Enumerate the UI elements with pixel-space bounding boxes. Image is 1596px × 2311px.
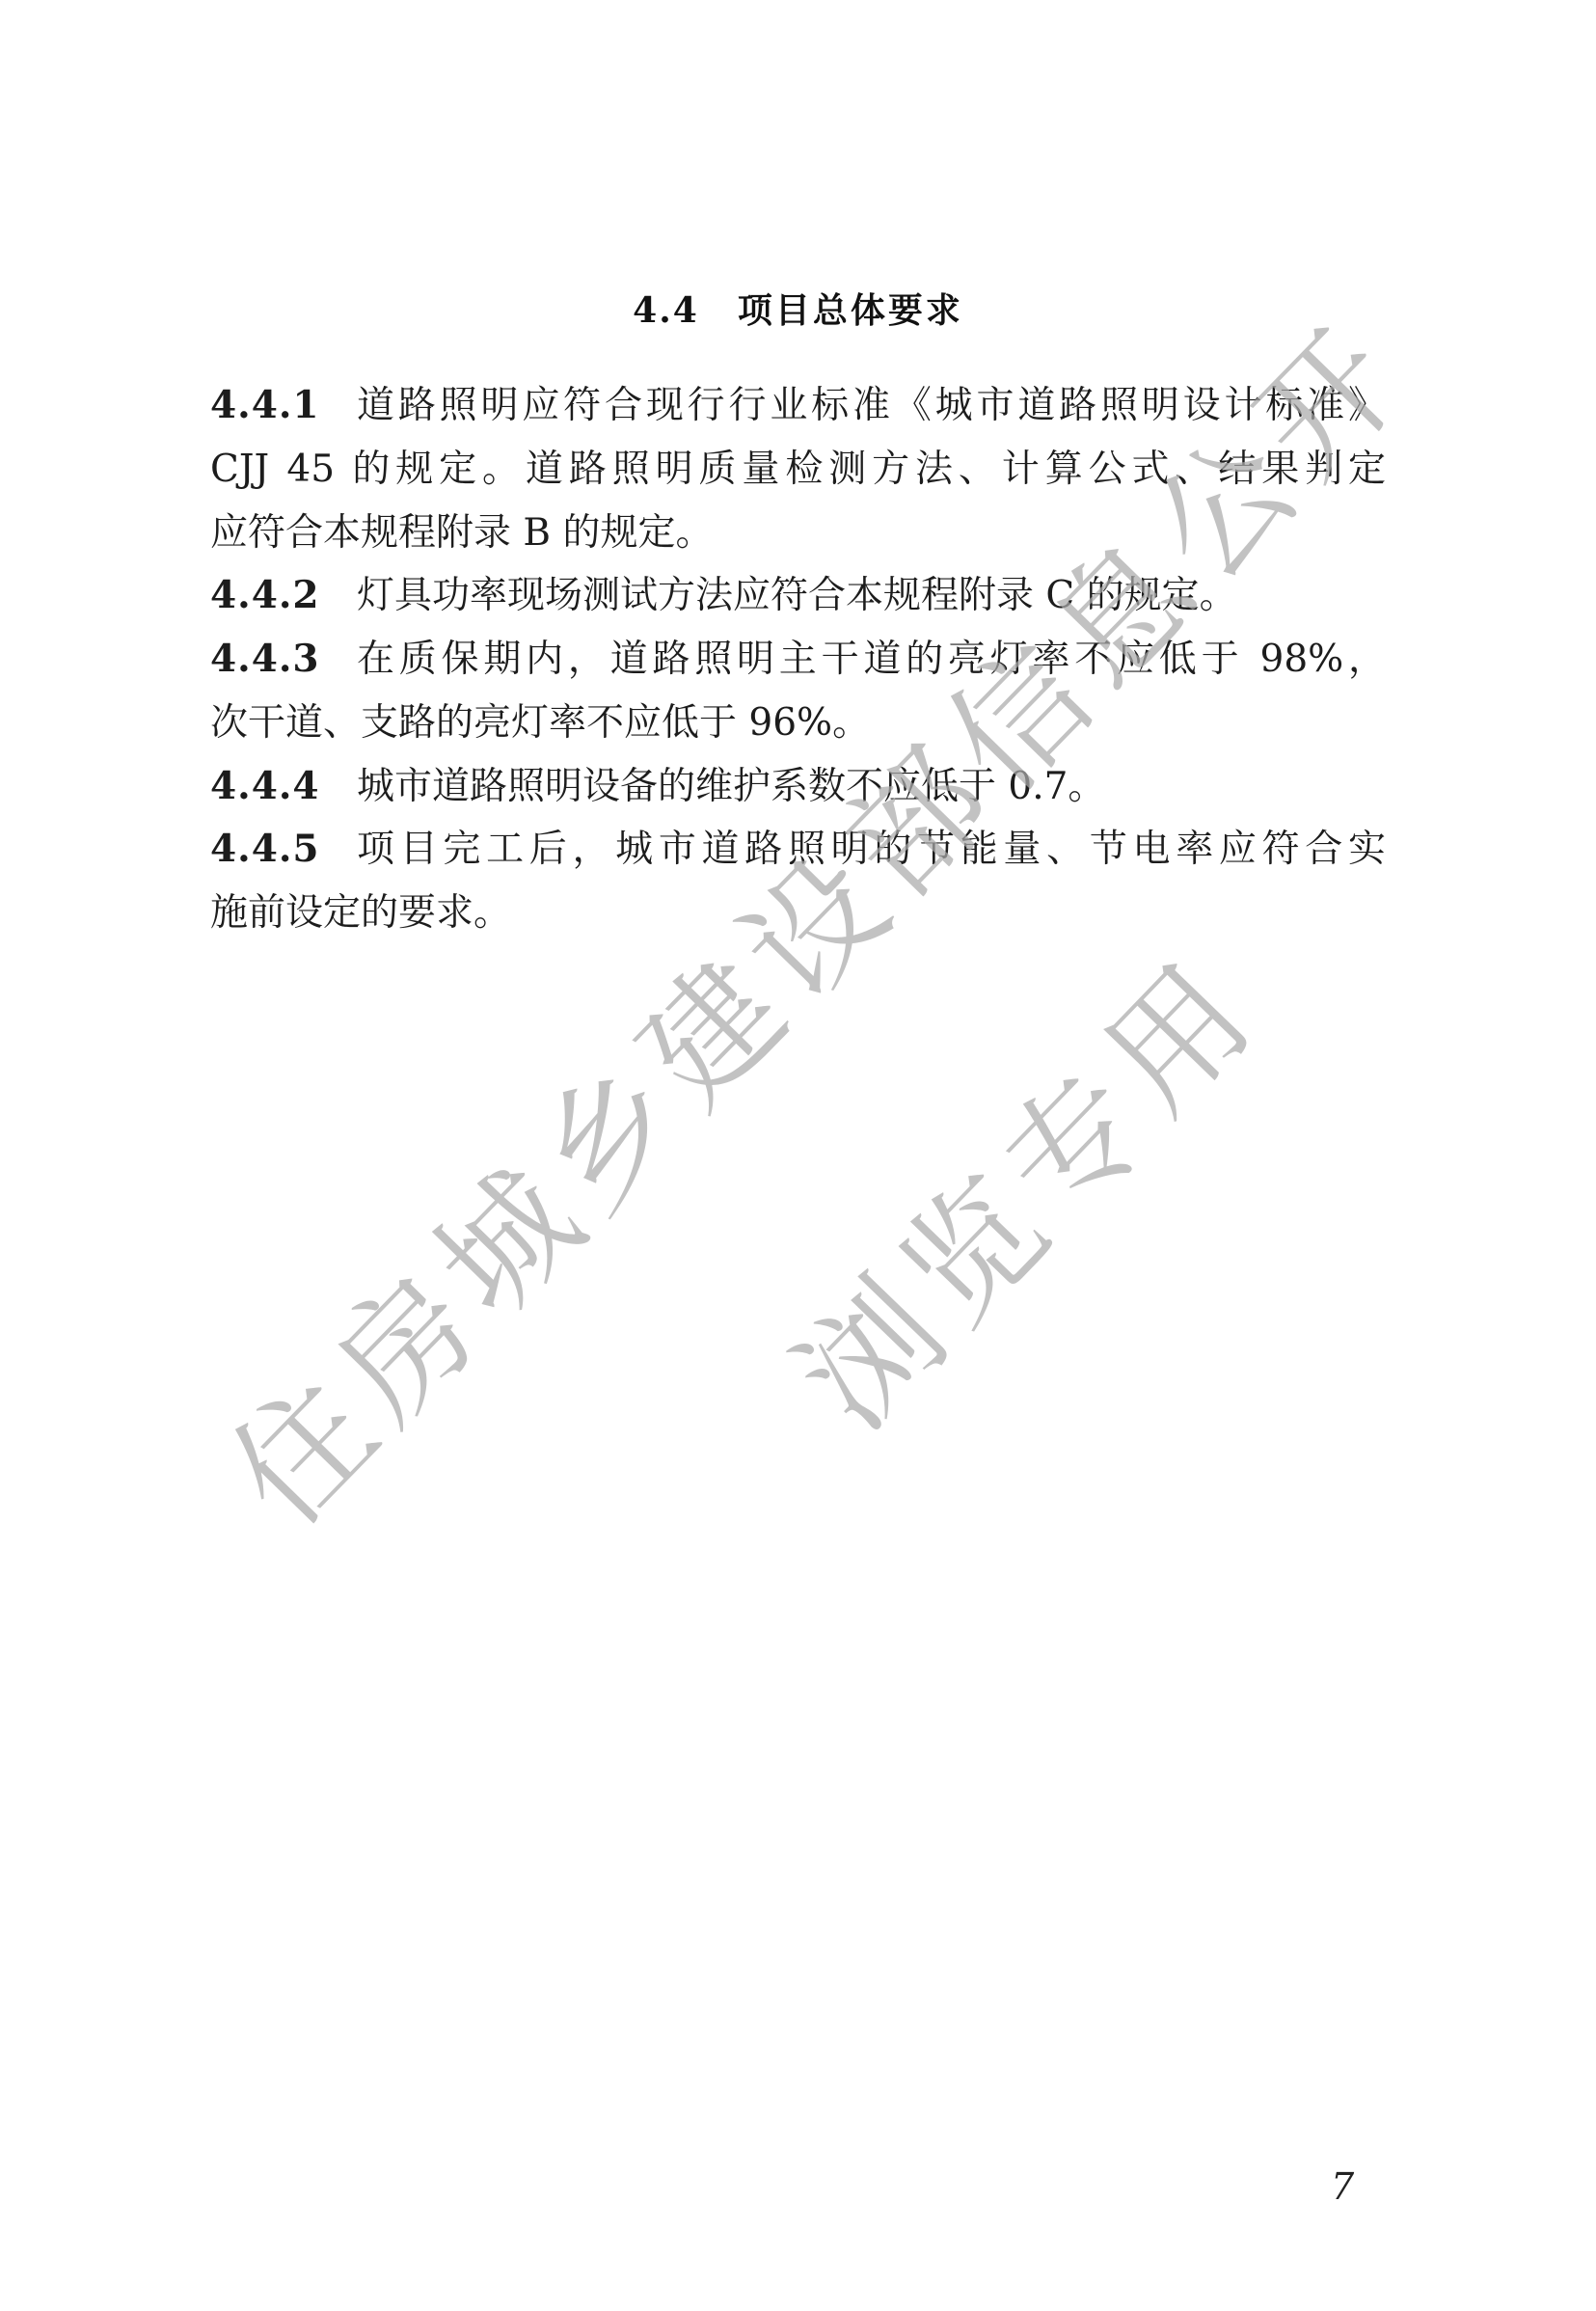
section-number: 4.4 [633,290,699,331]
section-body: 4.4.1 道路照明应符合现行行业标准《城市道路照明设计标准》 CJJ 45 的… [210,374,1386,945]
clause-text-line: 灯具功率现场测试方法应符合本规程附录 C 的规定。 [357,564,1237,628]
clause-text-line: CJJ 45 的规定。道路照明质量检测方法、计算公式、结果判定 [210,438,1386,502]
clause-text-line: 应符合本规程附录 B 的规定。 [210,502,1386,565]
clause-text-line: 城市道路照明设备的维护系数不应低于 0.7。 [357,755,1105,819]
clause-4-4-2: 4.4.2灯具功率现场测试方法应符合本规程附录 C 的规定。 [210,564,1386,628]
section-title: 项目总体要求 [738,291,963,331]
page-number: 7 [1331,2164,1354,2209]
clause-4-4-3: 4.4.3 在质保期内，道路照明主干道的亮灯率不应低于 98%， [210,628,1386,692]
clause-label: 4.4.2 [210,564,357,628]
clause-text-line: 道路照明应符合现行行业标准《城市道路照明设计标准》 [357,374,1386,438]
watermark-line-2: 浏览专用 [774,932,1285,1455]
clause-text-line: 次干道、支路的亮灯率不应低于 96%。 [210,692,1386,755]
clause-text-line: 在质保期内，道路照明主干道的亮灯率不应低于 98%， [357,628,1386,692]
clause-4-4-4: 4.4.4城市道路照明设备的维护系数不应低于 0.7。 [210,755,1386,819]
clause-label: 4.4.5 [210,818,357,882]
clause-label: 4.4.4 [210,755,357,819]
clause-label: 4.4.3 [210,628,357,692]
clause-label: 4.4.1 [210,374,357,438]
clause-text-line: 施前设定的要求。 [210,882,1386,945]
document-page: 4.4项目总体要求 4.4.1 道路照明应符合现行行业标准《城市道路照明设计标准… [0,0,1596,2311]
clause-4-4-1: 4.4.1 道路照明应符合现行行业标准《城市道路照明设计标准》 [210,374,1386,438]
clause-text-line: 项目完工后，城市道路照明的节能量、节电率应符合实 [357,818,1386,882]
clause-4-4-5: 4.4.5 项目完工后，城市道路照明的节能量、节电率应符合实 [210,818,1386,882]
section-heading: 4.4项目总体要求 [0,285,1596,336]
